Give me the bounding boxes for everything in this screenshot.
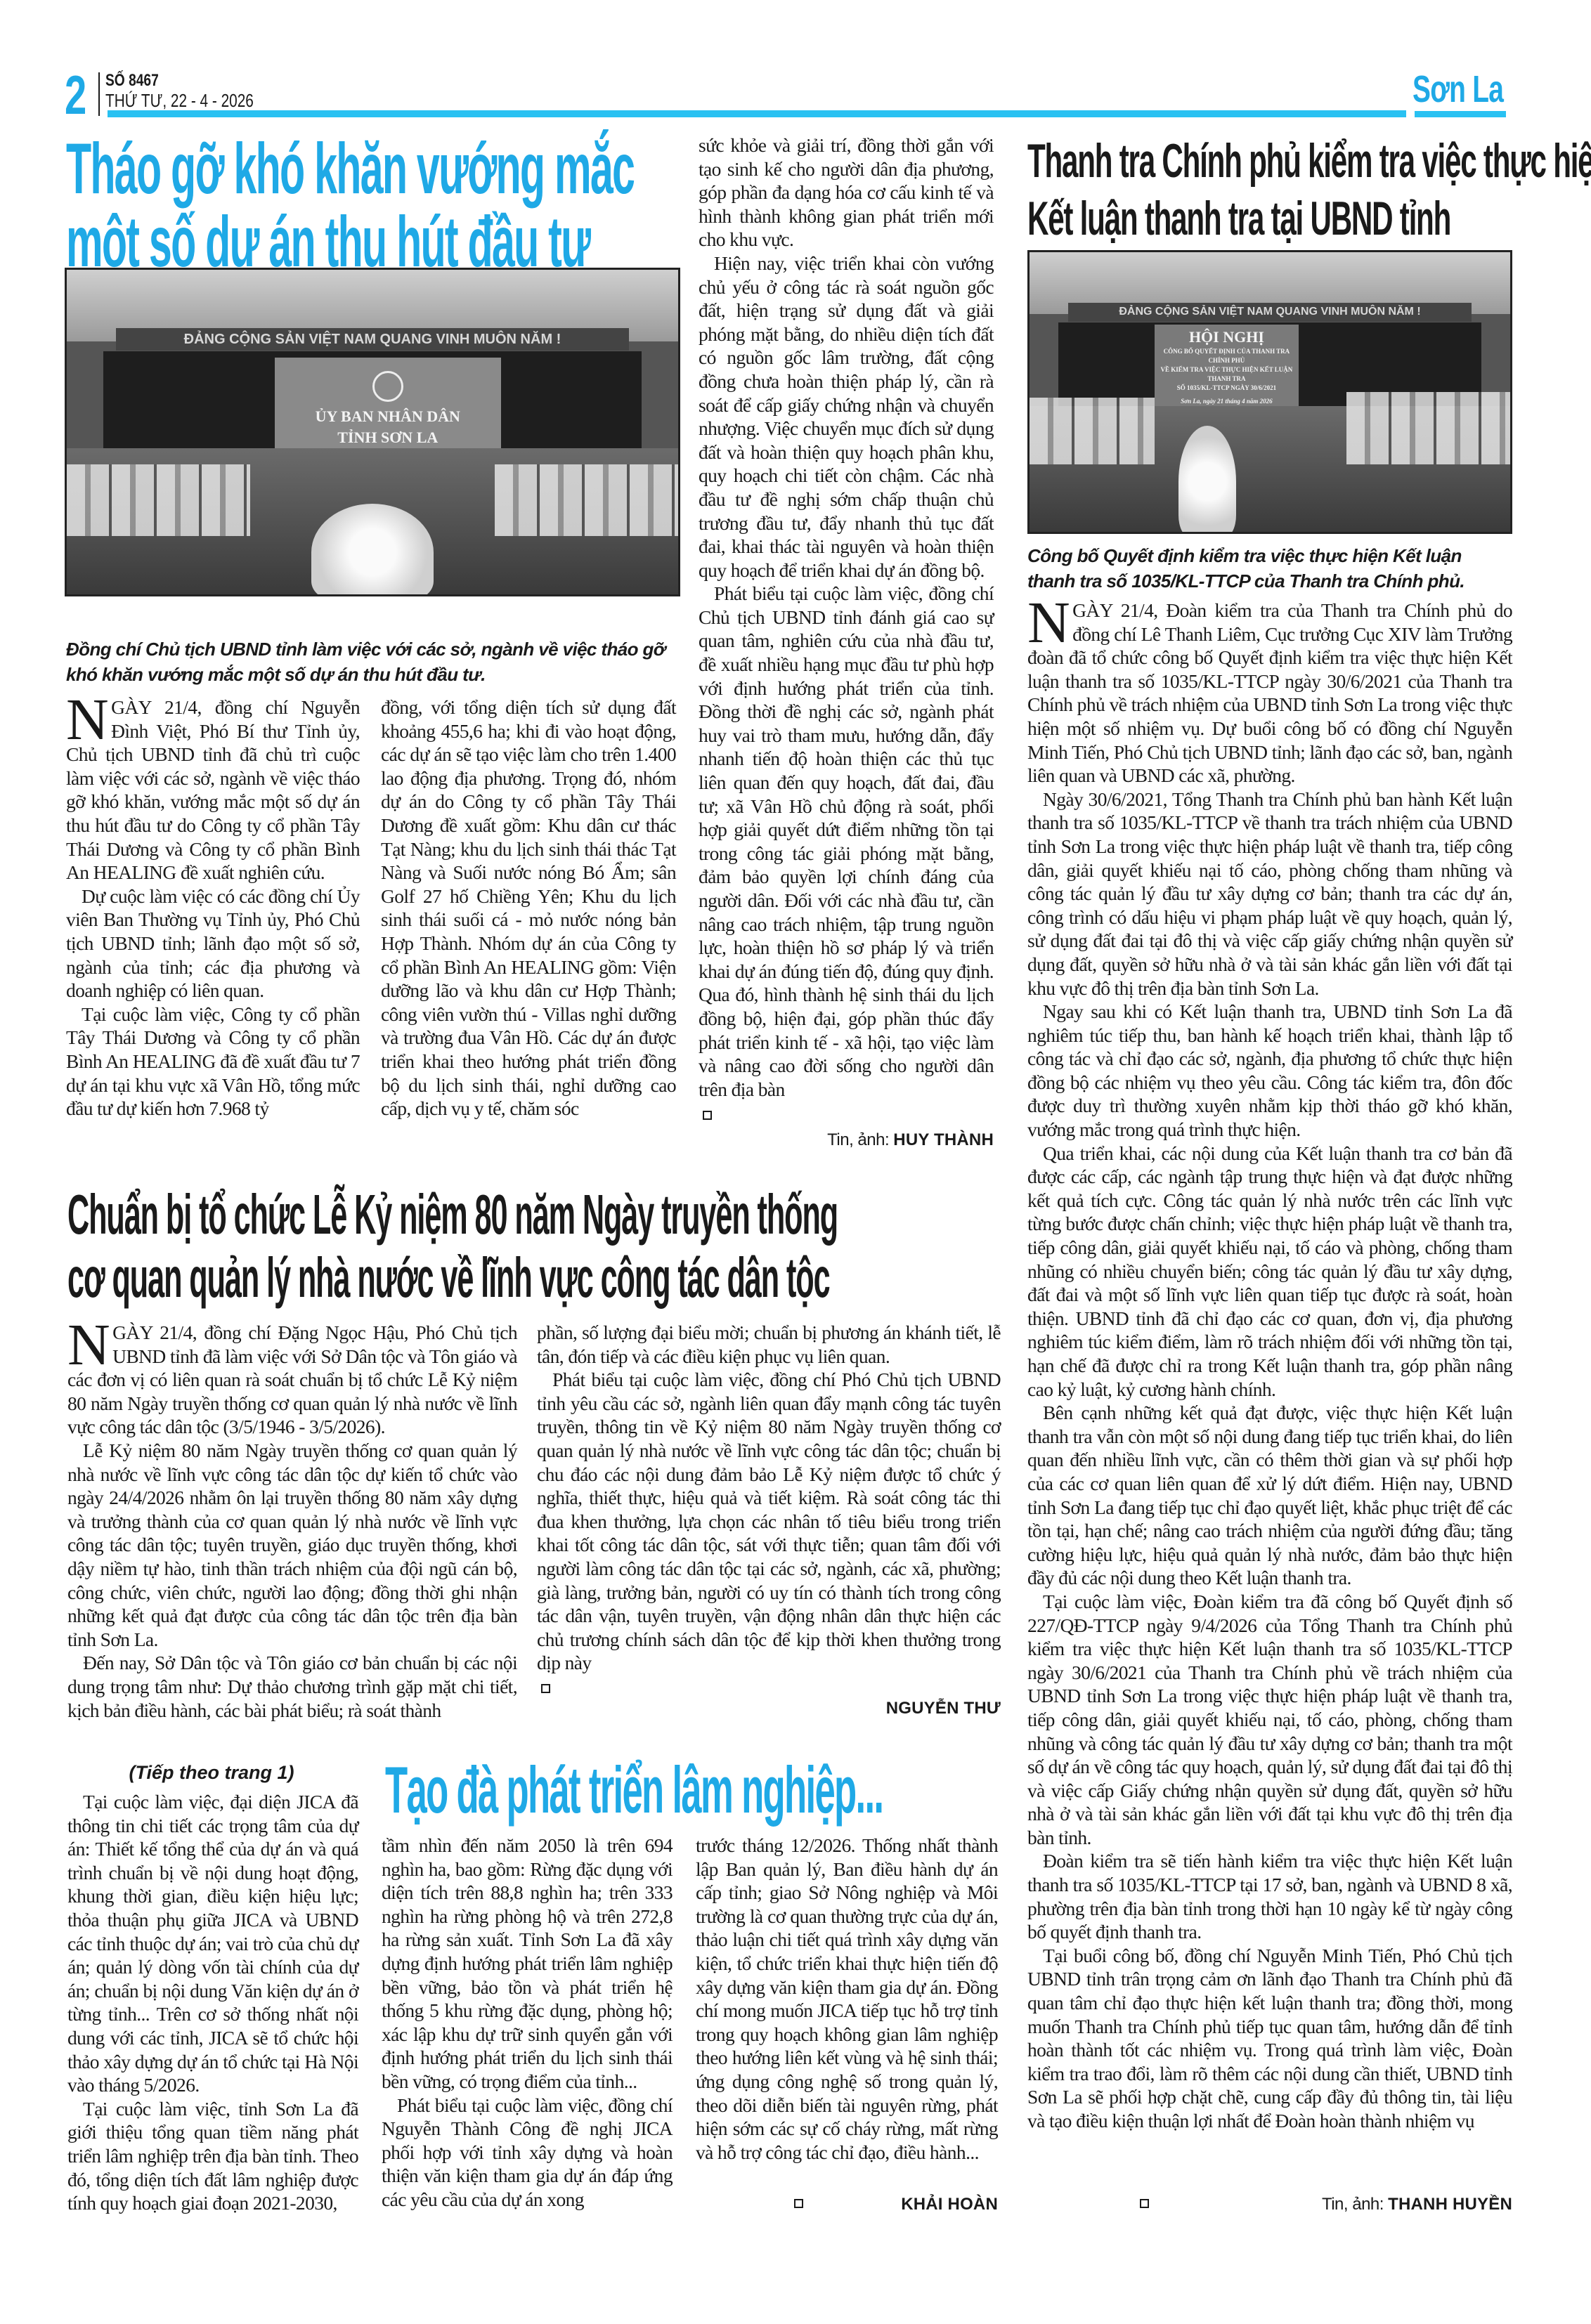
article3-title[interactable]: Chuẩn bị tổ chức Lễ Kỷ niệm 80 năm Ngày … — [67, 1183, 838, 1310]
article1-caption: Đồng chí Chủ tịch UBND tỉnh làm việc với… — [66, 637, 682, 687]
dropcap: N — [66, 698, 111, 742]
article3-lead: NGÀY 21/4, đồng chí Đặng Ngọc Hậu, Phó C… — [67, 1321, 517, 1439]
article2-caption: Công bố Quyết định kiểm tra việc thực hi… — [1027, 543, 1512, 594]
article2-title[interactable]: Thanh tra Chính phủ kiểm tra việc thực h… — [1027, 132, 1591, 247]
end-square-icon — [1140, 2199, 1149, 2208]
end-square-icon — [541, 1684, 550, 1693]
photo-screen-line2: TỈNH SƠN LA — [337, 427, 438, 448]
article4-col2: tầm nhìn đến năm 2050 là trên 694 nghìn … — [382, 1834, 673, 2212]
dropcap: N — [67, 1324, 112, 1367]
end-square-icon — [794, 2199, 803, 2208]
paragraph: Tại cuộc làm việc, đại diện JICA đã thôn… — [67, 1790, 358, 2097]
article3-title-line1: Chuẩn bị tổ chức Lễ Kỷ niệm 80 năm Ngày … — [67, 1183, 838, 1246]
article1-col1: NGÀY 21/4, đồng chí Nguyễn Đình Việt, Ph… — [66, 696, 360, 1121]
photo-people-left — [1030, 398, 1155, 465]
article3-col1: NGÀY 21/4, đồng chí Đặng Ngọc Hậu, Phó C… — [67, 1321, 517, 1722]
article3-title-line2: cơ quan quản lý nhà nước về lĩnh vực côn… — [67, 1246, 838, 1310]
photo-flowers — [311, 504, 434, 596]
end-square-icon — [703, 1111, 712, 1120]
emblem-icon — [372, 371, 403, 402]
paragraph: Đến nay, Sở Dân tộc và Tôn giáo cơ bản c… — [67, 1651, 517, 1722]
article4-byline: KHẢI HOÀN — [696, 2195, 998, 2214]
article2-byline: Tin, ảnh: THANH HUYỀN — [1027, 2195, 1512, 2214]
article1-lead: NGÀY 21/4, đồng chí Nguyễn Đình Việt, Ph… — [66, 696, 360, 884]
end-mark — [537, 1675, 1001, 1699]
section-name: Sơn La — [1413, 67, 1503, 111]
paragraph: Qua triển khai, các nội dung của Kết luậ… — [1027, 1142, 1512, 1402]
paragraph: Đoàn kiểm tra sẽ tiến hành kiểm tra việc… — [1027, 1849, 1512, 1943]
paragraph: Tại buổi công bố, đồng chí Nguyễn Minh T… — [1027, 1944, 1512, 2133]
photo-screen-title: HỘI NGHỊ — [1189, 327, 1264, 347]
paragraph: Dự cuộc làm việc có các đồng chí Ủy viên… — [66, 884, 360, 1003]
photo-screen-date: Sơn La, ngày 21 tháng 4 năm 2026 — [1181, 397, 1272, 406]
photo-screen-line1: CÔNG BỐ QUYẾT ĐỊNH CỦA THANH TRA CHÍNH P… — [1155, 347, 1299, 365]
photo-screen-line2: VỀ KIỂM TRA VIỆC THỰC HIỆN KẾT LUẬN THAN… — [1155, 365, 1299, 384]
photo-people-right — [495, 464, 678, 536]
article1-byline: Tin, ảnh: HUY THÀNH — [699, 1130, 994, 1150]
photo-flowers — [1178, 426, 1236, 534]
photo-screen-line1: ỦY BAN NHÂN DÂN — [316, 406, 460, 427]
page-number: 2 — [65, 70, 86, 119]
section-rule — [1415, 111, 1506, 117]
photo-people-right — [1346, 392, 1510, 464]
paragraph: Ngay sau khi có Kết luận thanh tra, UBND… — [1027, 1000, 1512, 1142]
paragraph: Phát biểu tại cuộc làm việc, đồng chí Ch… — [699, 582, 994, 1101]
issue-number: SỐ 8467 — [105, 71, 159, 91]
article1-title-line1: Tháo gỡ khó khăn vướng mắc — [66, 132, 634, 205]
paragraph: Tại cuộc làm việc, tỉnh Sơn La đã giới t… — [67, 2097, 358, 2215]
photo-banner: ĐẢNG CỘNG SẢN VIỆT NAM QUANG VINH MUÔN N… — [116, 328, 630, 351]
article1-title[interactable]: Tháo gỡ khó khăn vướng mắc một số dự án … — [66, 132, 634, 278]
paragraph: phần, số lượng đại biểu mời; chuẩn bị ph… — [537, 1321, 1001, 1368]
article4-col3: trước tháng 12/2026. Thống nhất thành lậ… — [696, 1834, 998, 2164]
paragraph: Ngày 30/6/2021, Tổng Thanh tra Chính phủ… — [1027, 788, 1512, 1000]
article3-col2: phần, số lượng đại biểu mời; chuẩn bị ph… — [537, 1321, 1001, 1699]
continued-label: (Tiếp theo trang 1) — [67, 1762, 356, 1784]
paragraph: Bên cạnh những kết quả đạt được, việc th… — [1027, 1401, 1512, 1590]
paragraph: Tại cuộc làm việc, Đoàn kiểm tra đã công… — [1027, 1590, 1512, 1850]
article4-col1: Tại cuộc làm việc, đại diện JICA đã thôn… — [67, 1790, 358, 2215]
paragraph: sức khỏe và giải trí, đồng thời gắn với … — [699, 133, 994, 252]
article4-title[interactable]: Tạo đà phát triển lâm nghiệp... — [385, 1755, 883, 1825]
article1-col3: sức khỏe và giải trí, đồng thời gắn với … — [699, 133, 994, 1125]
dropcap: N — [1027, 601, 1072, 645]
article2-lead: NGÀY 21/4, Đoàn kiểm tra của Thanh tra C… — [1027, 599, 1512, 788]
photo-screen-line3: SỐ 1035/KL-TTCP NGÀY 30/6/2021 — [1177, 384, 1276, 393]
paragraph: Lễ Kỷ niệm 80 năm Ngày truyền thống cơ q… — [67, 1439, 517, 1651]
photo-banner: ĐẢNG CỘNG SẢN VIỆT NAM QUANG VINH MUÔN N… — [1068, 303, 1472, 322]
photo-people-left — [67, 464, 250, 536]
article3-byline: NGUYỄN THƯ — [537, 1699, 1001, 1718]
article2-title-line1: Thanh tra Chính phủ kiểm tra việc thực h… — [1027, 132, 1591, 190]
end-mark — [699, 1101, 994, 1125]
photo-screen: HỘI NGHỊ CÔNG BỐ QUYẾT ĐỊNH CỦA THANH TR… — [1155, 325, 1299, 408]
article1-photo: ĐẢNG CỘNG SẢN VIỆT NAM QUANG VINH MUÔN N… — [65, 268, 680, 596]
photo-screen: ỦY BAN NHÂN DÂN TỈNH SƠN LA — [275, 358, 501, 462]
paragraph: tầm nhìn đến năm 2050 là trên 694 nghìn … — [382, 1834, 673, 2094]
article2-title-line2: Kết luận thanh tra tại UBND tỉnh — [1027, 190, 1591, 247]
paragraph: đồng, với tổng diện tích sử dụng đất kho… — [381, 696, 676, 1121]
header-rule — [108, 110, 1406, 117]
paragraph: trước tháng 12/2026. Thống nhất thành lậ… — [696, 1834, 998, 2164]
article2-body: NGÀY 21/4, Đoàn kiểm tra của Thanh tra C… — [1027, 599, 1512, 2133]
header-divider — [98, 72, 100, 116]
article1-col2: đồng, với tổng diện tích sử dụng đất kho… — [381, 696, 676, 1121]
paragraph: Hiện nay, việc triển khai còn vướng chủ … — [699, 252, 994, 582]
issue-date: THỨ TƯ, 22 - 4 - 2026 — [105, 90, 254, 112]
paragraph: Tại cuộc làm việc, Công ty cổ phần Tây T… — [66, 1003, 360, 1121]
article2-photo: ĐẢNG CỘNG SẢN VIỆT NAM QUANG VINH MUÔN N… — [1027, 250, 1512, 534]
paragraph: Phát biểu tại cuộc làm việc, đồng chí Ng… — [382, 2094, 673, 2212]
paragraph: Phát biểu tại cuộc làm việc, đồng chí Ph… — [537, 1368, 1001, 1675]
